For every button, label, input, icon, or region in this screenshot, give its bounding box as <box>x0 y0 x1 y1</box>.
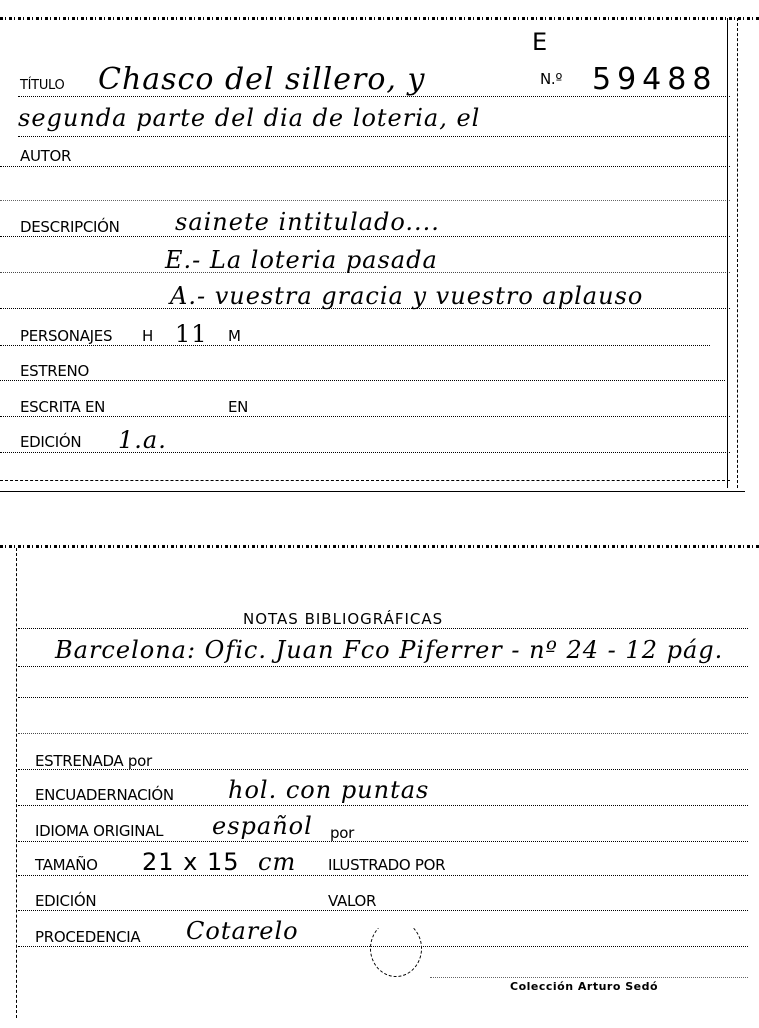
descripcion-line-2: E.- La loteria pasada <box>165 246 438 274</box>
rule <box>18 769 748 770</box>
encuadernacion-value: hol. con puntas <box>228 776 429 804</box>
personajes-m-mark: M <box>228 327 241 345</box>
rule <box>0 236 730 237</box>
estrenada-label: ESTRENADA por <box>35 752 152 770</box>
notas-heading: NOTAS BIBLIOGRÁFICAS <box>243 610 443 628</box>
numero-value: 59488 <box>592 62 717 97</box>
rule <box>18 628 748 629</box>
card-left-border <box>16 548 17 1018</box>
collection-stamp: Colección Arturo Sedó <box>510 980 658 993</box>
rule <box>18 697 748 698</box>
rule <box>0 380 725 381</box>
rule <box>0 452 730 453</box>
ilustrado-por-label: ILUSTRADO POR <box>328 856 445 874</box>
rule <box>0 166 730 167</box>
rule <box>0 272 730 273</box>
rule <box>0 345 710 346</box>
card-right-edge <box>737 18 738 488</box>
procedencia-label: PROCEDENCIA <box>35 928 140 946</box>
descripcion-line-3: A.- vuestra gracia y vuestro aplauso <box>170 282 643 310</box>
personajes-label: PERSONAJES <box>20 327 112 345</box>
tamano-label: TAMAÑO <box>35 856 98 874</box>
idioma-value: español <box>212 812 313 840</box>
stamp-circle <box>370 920 422 977</box>
rule <box>0 480 730 481</box>
rule <box>0 308 730 309</box>
catalog-card-front: TÍTULO Chasco del sillero, y E N.º 59488… <box>0 0 759 495</box>
valor-label: VALOR <box>328 892 376 910</box>
idioma-por-label: por <box>330 824 354 842</box>
rule <box>430 977 748 978</box>
idioma-label: IDIOMA ORIGINAL <box>35 822 163 840</box>
edicion-label: EDICIÓN <box>35 892 96 910</box>
estreno-label: ESTRENO <box>20 362 89 380</box>
edicion-value: 1.a. <box>118 426 167 454</box>
rule <box>18 96 730 97</box>
card-top-edge <box>0 17 759 20</box>
titulo-value: Chasco del sillero, y <box>98 62 425 97</box>
rule <box>18 136 730 137</box>
escrita-en-second-label: EN <box>228 398 248 416</box>
escrita-en-label: ESCRITA EN <box>20 398 105 416</box>
rule <box>18 841 748 842</box>
card-right-border <box>727 18 728 488</box>
personajes-h-mark: H <box>142 327 153 345</box>
tamano-value: 21 x 15 <box>142 848 240 876</box>
card-bottom-edge <box>0 491 745 492</box>
catalog-card-back: NOTAS BIBLIOGRÁFICAS Barcelona: Ofic. Ju… <box>0 540 759 1028</box>
shelf-mark: E <box>532 28 548 56</box>
descripcion-line-1: sainete intitulado.... <box>175 208 440 236</box>
rule <box>0 200 730 201</box>
titulo-value-line2: segunda parte del dia de loteria, el <box>18 104 480 132</box>
edicion-label: EDICIÓN <box>20 433 81 451</box>
card-top-edge <box>0 545 759 548</box>
autor-label: AUTOR <box>20 147 71 165</box>
personajes-h-value: 11 <box>175 320 208 348</box>
tamano-unit: cm <box>258 848 296 876</box>
procedencia-value: Cotarelo <box>186 917 299 945</box>
notas-value: Barcelona: Ofic. Juan Fco Piferrer - nº … <box>55 636 723 664</box>
rule <box>18 875 748 876</box>
rule <box>18 805 748 806</box>
rule <box>0 416 730 417</box>
rule <box>18 733 748 734</box>
numero-label: N.º <box>540 70 562 88</box>
titulo-label: TÍTULO <box>20 78 64 93</box>
rule <box>18 910 748 911</box>
encuadernacion-label: ENCUADERNACIÓN <box>35 786 174 804</box>
descripcion-label: DESCRIPCIÓN <box>20 218 120 236</box>
rule <box>18 666 748 667</box>
